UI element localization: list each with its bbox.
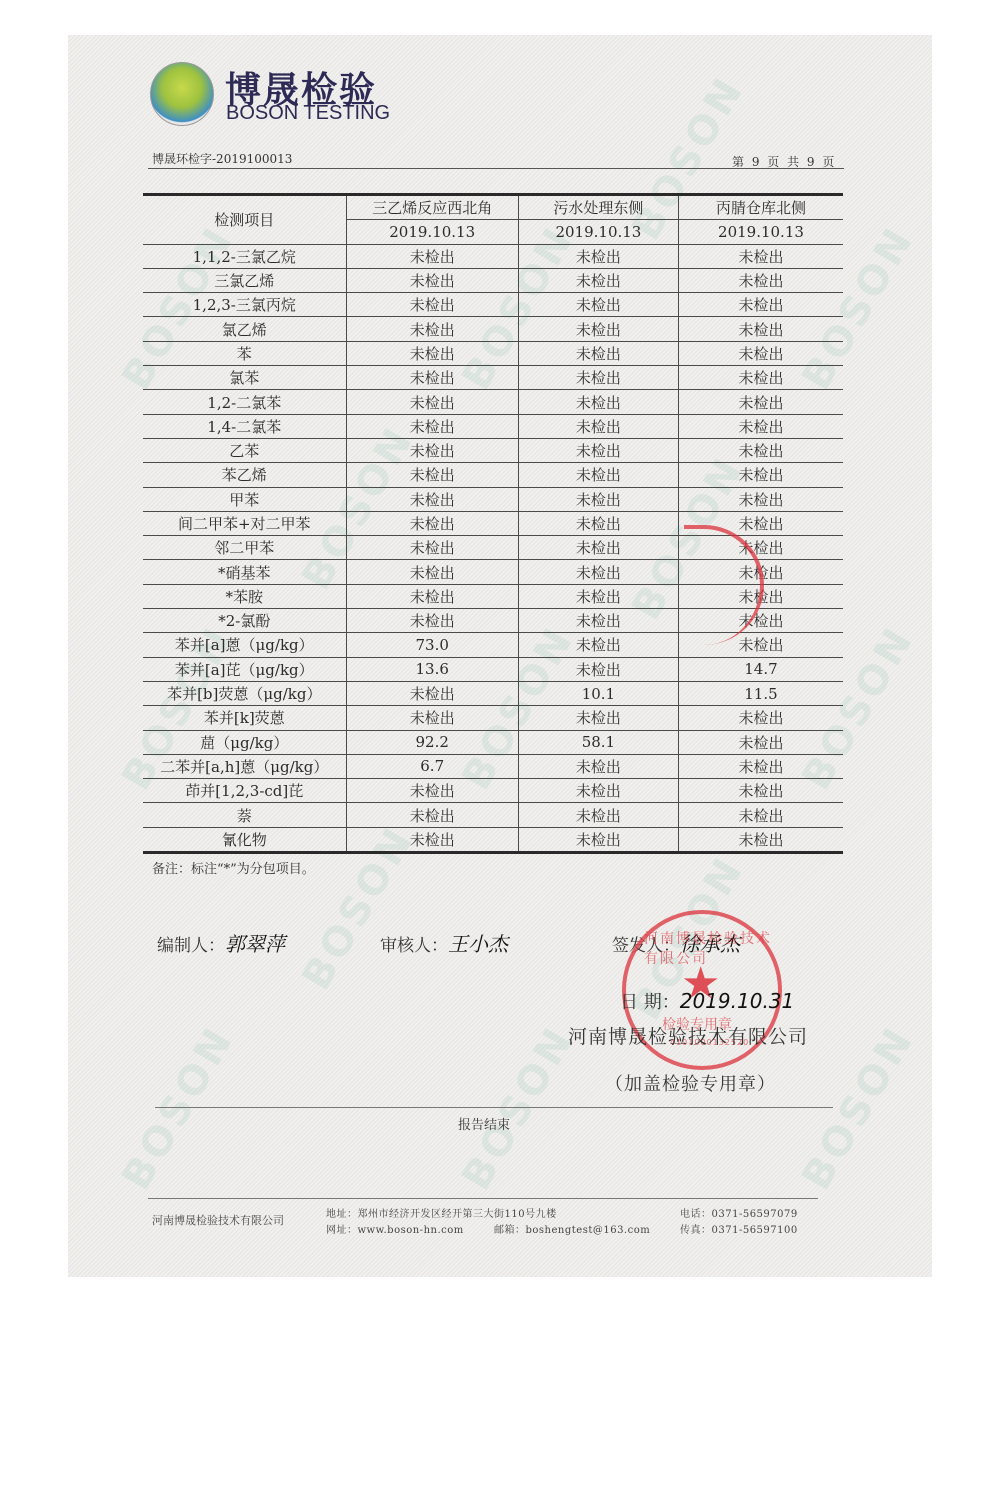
result-value: 未检出 [346, 463, 518, 487]
result-value: 未检出 [346, 827, 518, 852]
result-value: 未检出 [518, 706, 678, 730]
result-value: 未检出 [678, 706, 843, 730]
test-item: 萘 [143, 803, 346, 827]
test-item: *2-氯酚 [143, 609, 346, 633]
table-row: 1,4-二氯苯未检出未检出未检出 [143, 414, 843, 438]
prepared-by-signature: 郭翠萍 [225, 932, 285, 956]
table-note: 备注：标注“*”为分包项目。 [152, 858, 315, 877]
result-value: 未检出 [518, 827, 678, 852]
table-row: 乙苯未检出未检出未检出 [143, 438, 843, 462]
result-value: 未检出 [518, 438, 678, 462]
brand-name-en: BOSON TESTING [226, 102, 390, 125]
reviewed-by-signature: 王小杰 [448, 932, 508, 956]
test-item: 苯并[a]芘（μg/kg） [143, 657, 346, 681]
location-header: 三乙烯反应西北角 [346, 195, 518, 220]
table-row: 氯乙烯未检出未检出未检出 [143, 317, 843, 341]
table-row: 苯并[b]荧蒽（μg/kg）未检出10.111.5 [143, 681, 843, 705]
result-value: 13.6 [346, 657, 518, 681]
table-row: 苯未检出未检出未检出 [143, 341, 843, 365]
prepared-by: 编制人：郭翠萍 [157, 928, 285, 957]
company-name: 河南博晟检验技术有限公司 [568, 1022, 808, 1049]
result-value: 58.1 [518, 730, 678, 754]
result-value: 未检出 [678, 438, 843, 462]
result-value: 未检出 [346, 609, 518, 633]
table-row: 三氯乙烯未检出未检出未检出 [143, 268, 843, 292]
table-row: 䓛（μg/kg）92.258.1未检出 [143, 730, 843, 754]
item-header: 检测项目 [143, 195, 346, 245]
result-value: 未检出 [678, 268, 843, 292]
table-row: 氰化物未检出未检出未检出 [143, 827, 843, 852]
result-value: 未检出 [346, 366, 518, 390]
test-item: 氯苯 [143, 366, 346, 390]
test-item: 苯并[b]荧蒽（μg/kg） [143, 681, 346, 705]
result-value: 未检出 [346, 293, 518, 317]
location-header: 丙腈仓库北侧 [678, 195, 843, 220]
result-value: 未检出 [518, 390, 678, 414]
watermark: BOSON [793, 1018, 923, 1198]
table-row: 间二甲苯+对二甲苯未检出未检出未检出 [143, 511, 843, 535]
table-row: 1,2-二氯苯未检出未检出未检出 [143, 390, 843, 414]
result-value: 未检出 [346, 268, 518, 292]
footer-address: 地址：郑州市经济开发区经开第三大街110号九楼 [326, 1205, 557, 1220]
test-item: 三氯乙烯 [143, 268, 346, 292]
issue-date: 日 期：2019.10.31 [620, 988, 794, 1014]
footer-company: 河南博晟检验技术有限公司 [152, 1212, 284, 1228]
test-item: 甲苯 [143, 487, 346, 511]
result-value: 11.5 [678, 681, 843, 705]
result-value: 未检出 [346, 681, 518, 705]
table-row: 苯并[a]芘（μg/kg）13.6未检出14.7 [143, 657, 843, 681]
sample-date: 2019.10.13 [678, 220, 843, 244]
result-value: 未检出 [346, 414, 518, 438]
date-value: 2019.10.31 [680, 989, 795, 1013]
result-value: 14.7 [678, 657, 843, 681]
result-value: 未检出 [346, 317, 518, 341]
result-value: 未检出 [678, 366, 843, 390]
result-value: 未检出 [518, 657, 678, 681]
test-item: 苯 [143, 341, 346, 365]
table-row: 茚并[1,2,3-cd]芘未检出未检出未检出 [143, 779, 843, 803]
result-value: 未检出 [678, 317, 843, 341]
test-item: *硝基苯 [143, 560, 346, 584]
result-value: 未检出 [346, 803, 518, 827]
result-value: 未检出 [346, 536, 518, 560]
test-item: 苯并[k]荧蒽 [143, 706, 346, 730]
result-value: 未检出 [346, 779, 518, 803]
result-value: 未检出 [346, 390, 518, 414]
result-value: 未检出 [518, 244, 678, 268]
reviewed-by-label: 审核人： [380, 936, 448, 956]
result-value: 未检出 [678, 730, 843, 754]
result-value: 未检出 [518, 754, 678, 778]
document-number: 博晟环检字-2019100013 [152, 150, 292, 167]
stamp-note: （加盖检验专用章） [605, 1070, 776, 1096]
result-value: 6.7 [346, 754, 518, 778]
result-value: 未检出 [346, 244, 518, 268]
prepared-by-label: 编制人： [157, 936, 225, 956]
table-row: 甲苯未检出未检出未检出 [143, 487, 843, 511]
result-value: 未检出 [518, 633, 678, 657]
table-row: 萘未检出未检出未检出 [143, 803, 843, 827]
result-value: 未检出 [346, 560, 518, 584]
result-value: 未检出 [346, 438, 518, 462]
end-divider [155, 1107, 833, 1108]
result-value: 未检出 [518, 293, 678, 317]
footer-phone: 电话：0371-56597079 [680, 1205, 798, 1220]
result-value: 92.2 [346, 730, 518, 754]
table-row: 苯并[a]蒽（μg/kg）73.0未检出未检出 [143, 633, 843, 657]
test-item: 苯并[a]蒽（μg/kg） [143, 633, 346, 657]
result-value: 未检出 [346, 584, 518, 608]
table-row: 1,1,2-三氯乙烷未检出未检出未检出 [143, 244, 843, 268]
table-row: 氯苯未检出未检出未检出 [143, 366, 843, 390]
test-item: 乙苯 [143, 438, 346, 462]
result-value: 未检出 [678, 803, 843, 827]
header-divider [148, 168, 844, 169]
report-end: 报告结束 [458, 1114, 510, 1133]
date-label: 日 期： [620, 992, 680, 1013]
test-item: 1,1,2-三氯乙烷 [143, 244, 346, 268]
result-value: 未检出 [678, 414, 843, 438]
result-value: 未检出 [518, 366, 678, 390]
result-value: 未检出 [518, 560, 678, 584]
test-item: 1,4-二氯苯 [143, 414, 346, 438]
result-value: 未检出 [678, 390, 843, 414]
table-row: 1,2,3-三氯丙烷未检出未检出未检出 [143, 293, 843, 317]
result-value: 未检出 [518, 609, 678, 633]
result-value: 未检出 [678, 754, 843, 778]
result-value: 未检出 [678, 463, 843, 487]
result-value: 未检出 [518, 463, 678, 487]
result-value: 未检出 [518, 803, 678, 827]
test-item: 氯乙烯 [143, 317, 346, 341]
result-value: 未检出 [518, 487, 678, 511]
test-item: 间二甲苯+对二甲苯 [143, 511, 346, 535]
result-value: 未检出 [346, 341, 518, 365]
test-item: 二苯并[a,h]蒽（μg/kg） [143, 754, 346, 778]
test-item: 1,2-二氯苯 [143, 390, 346, 414]
sample-date: 2019.10.13 [346, 220, 518, 244]
boson-testing-logo-icon [150, 62, 214, 126]
footer-email: 邮箱：boshengtest@163.com [494, 1221, 650, 1236]
result-value: 未检出 [346, 511, 518, 535]
test-item: 氰化物 [143, 827, 346, 852]
table-row: 二苯并[a,h]蒽（μg/kg）6.7未检出未检出 [143, 754, 843, 778]
result-value: 73.0 [346, 633, 518, 657]
footer-fax: 传真：0371-56597100 [680, 1221, 798, 1236]
test-item: 1,2,3-三氯丙烷 [143, 293, 346, 317]
test-item: 苯乙烯 [143, 463, 346, 487]
result-value: 未检出 [678, 293, 843, 317]
result-value: 未检出 [346, 706, 518, 730]
watermark: BOSON [453, 1018, 583, 1198]
test-item: 茚并[1,2,3-cd]芘 [143, 779, 346, 803]
result-value: 未检出 [518, 584, 678, 608]
result-value: 未检出 [518, 414, 678, 438]
result-value: 未检出 [518, 536, 678, 560]
table-row: 苯乙烯未检出未检出未检出 [143, 463, 843, 487]
test-item: *苯胺 [143, 584, 346, 608]
sample-date: 2019.10.13 [518, 220, 678, 244]
result-value: 未检出 [678, 487, 843, 511]
result-value: 未检出 [518, 341, 678, 365]
result-value: 未检出 [678, 341, 843, 365]
results-table: 检测项目 三乙烯反应西北角 污水处理东侧 丙腈仓库北侧 2019.10.13 2… [143, 193, 843, 854]
location-header: 污水处理东侧 [518, 195, 678, 220]
result-value: 未检出 [518, 268, 678, 292]
result-value: 未检出 [518, 317, 678, 341]
result-value: 未检出 [678, 827, 843, 852]
result-value: 未检出 [518, 511, 678, 535]
result-value: 未检出 [518, 779, 678, 803]
table-row: 苯并[k]荧蒽未检出未检出未检出 [143, 706, 843, 730]
footer-website: 网址：www.boson-hn.com [326, 1221, 464, 1236]
watermark: BOSON [113, 1018, 243, 1198]
reviewed-by: 审核人：王小杰 [380, 928, 508, 957]
test-item: 䓛（μg/kg） [143, 730, 346, 754]
result-value: 未检出 [678, 244, 843, 268]
result-value: 10.1 [518, 681, 678, 705]
test-item: 邻二甲苯 [143, 536, 346, 560]
result-value: 未检出 [346, 487, 518, 511]
result-value: 未检出 [678, 779, 843, 803]
footer-divider [148, 1198, 818, 1199]
